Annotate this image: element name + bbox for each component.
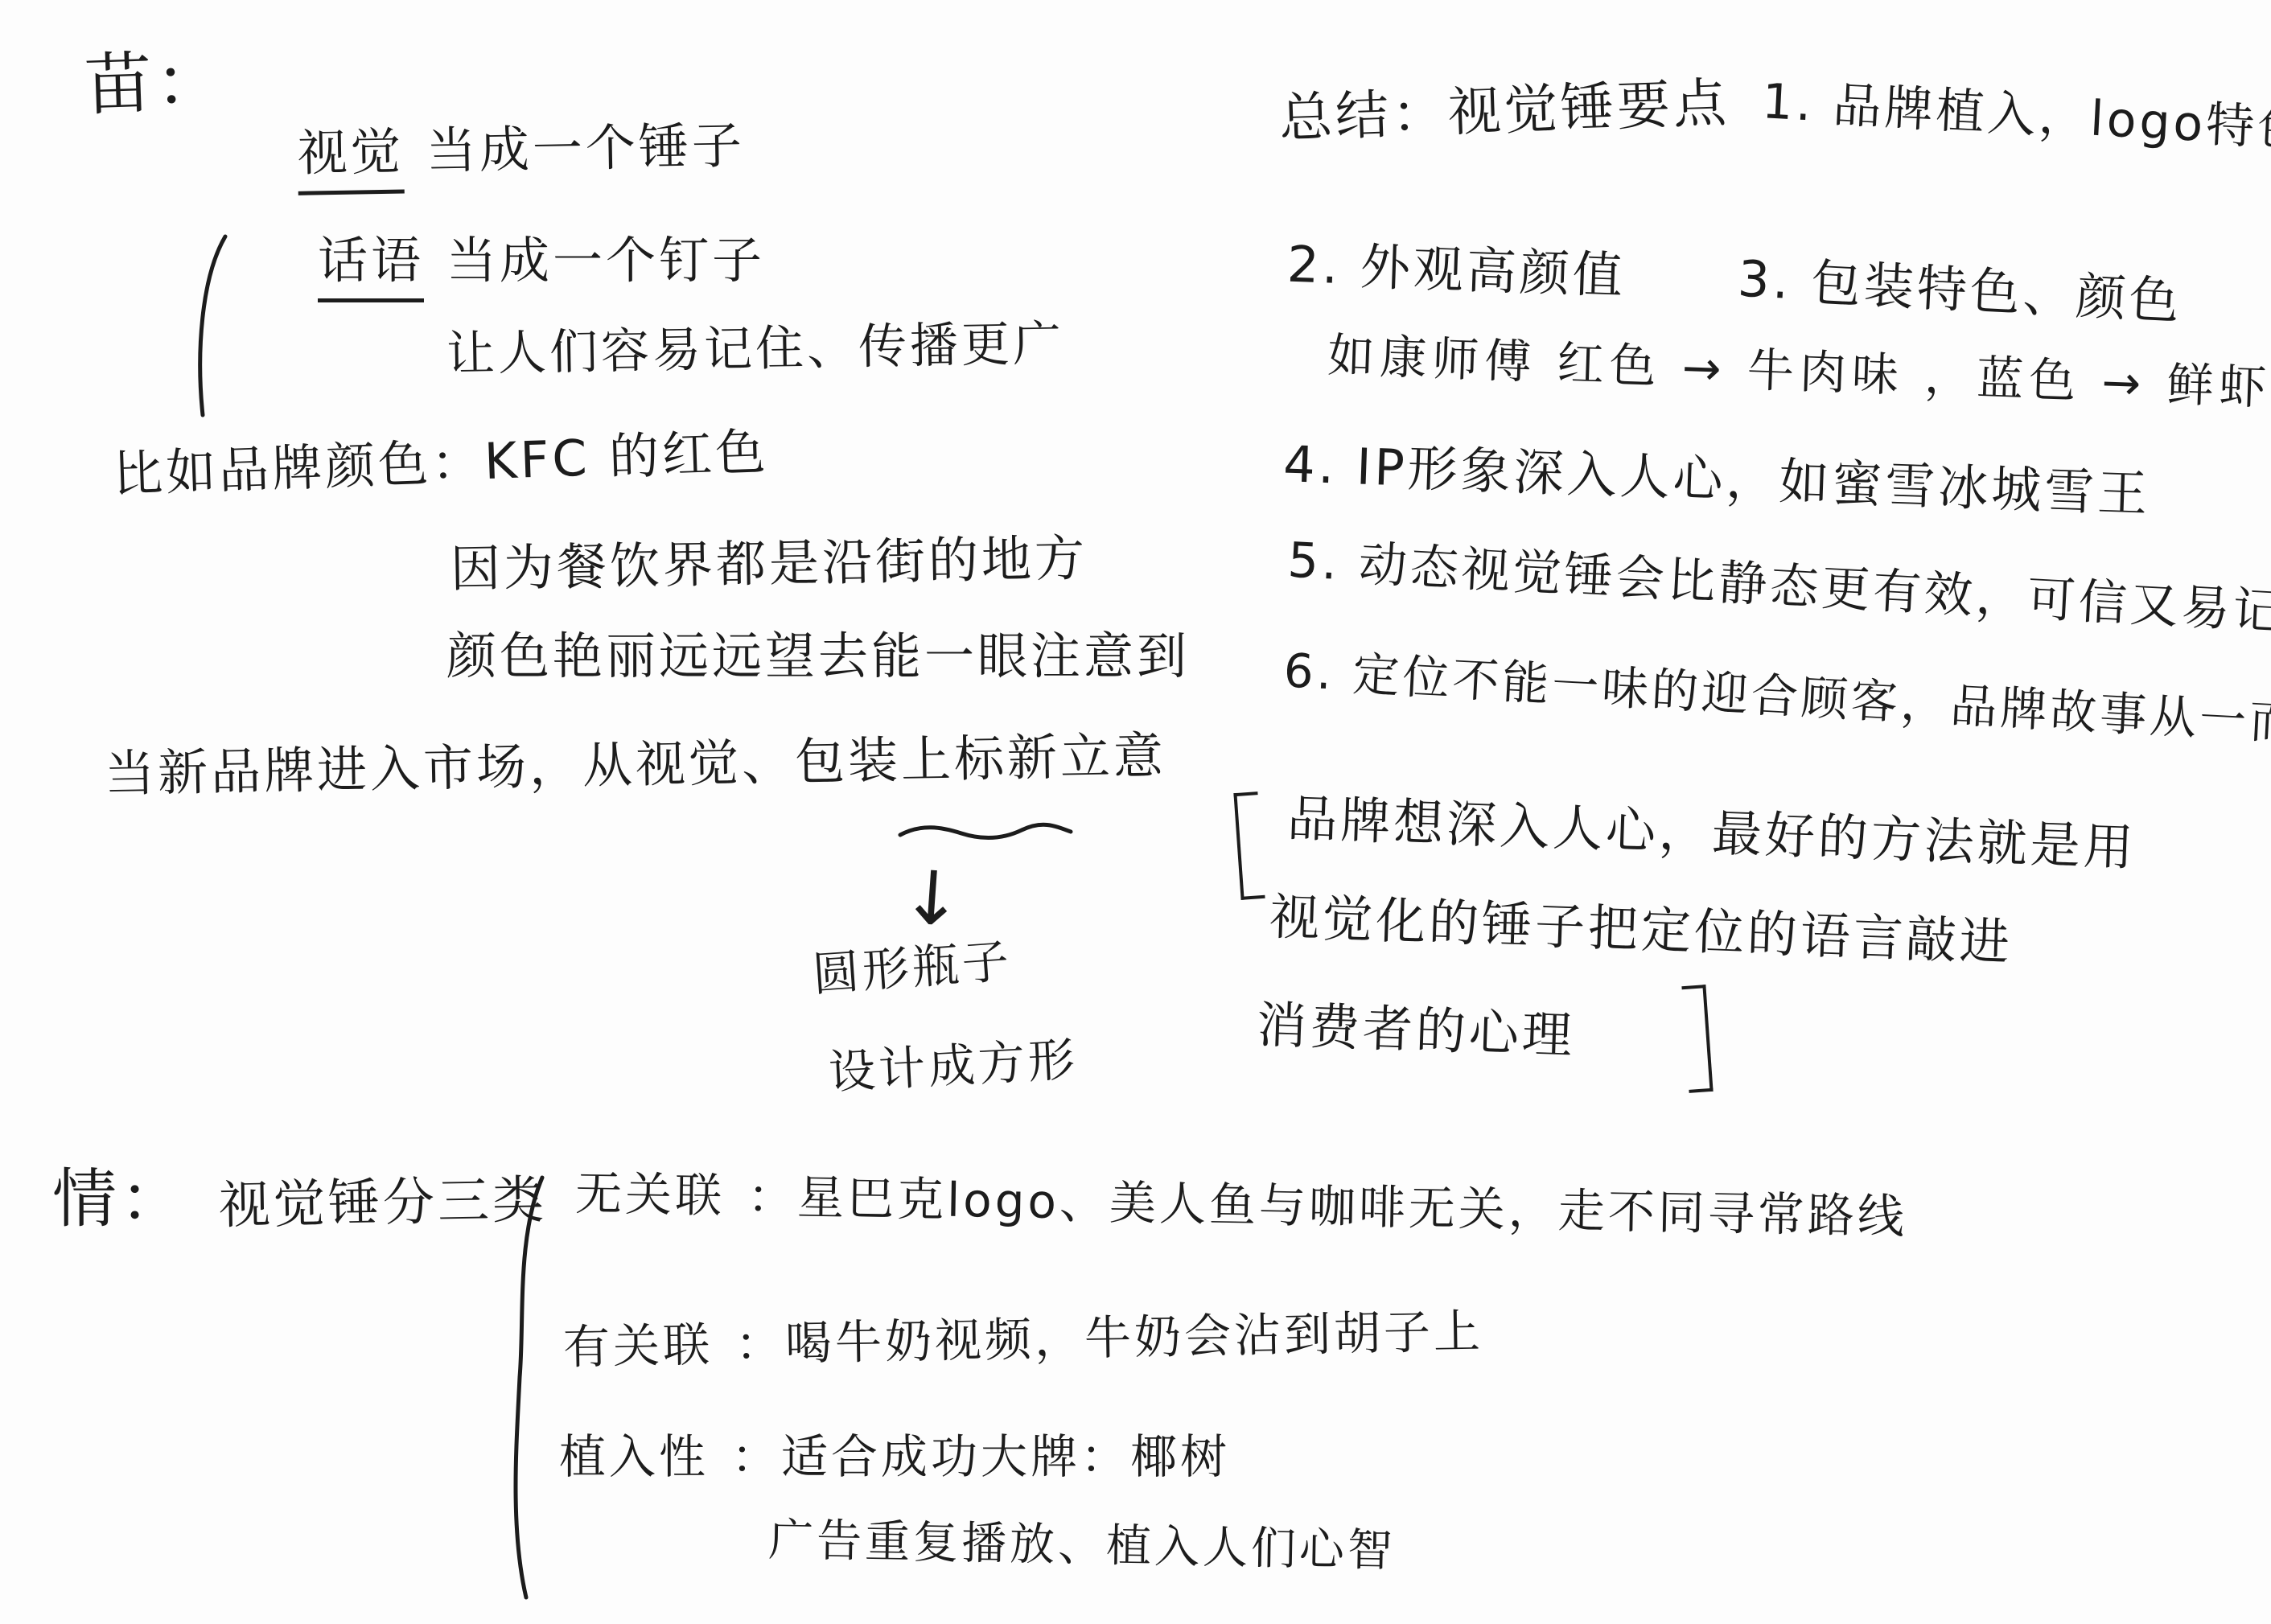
slogan-nail-line: 话语当成一个钉子 xyxy=(318,232,765,302)
branch-implant-text: 适合成功大牌：椰树 xyxy=(781,1429,1230,1484)
street-restaurants-line: 因为餐饮界都是沿街的地方 xyxy=(450,529,1088,598)
branch-unrelated-colon: ： xyxy=(747,1169,798,1224)
down-arrow-icon: ↓ xyxy=(898,854,969,944)
branch-related-text: 喝牛奶视频，牛奶会沾到胡子上 xyxy=(784,1304,1483,1371)
new-brand-line: 当新品牌进入市场，从视觉、包装上标新立意 xyxy=(104,726,1166,802)
bracket-note-line-3: 消费者的心理 xyxy=(1256,996,1576,1064)
round-bottle-line: 圆形瓶子 xyxy=(811,934,1014,1001)
branch-implant-line: 植入性：适合成功大牌：椰树 xyxy=(559,1430,1230,1484)
branch-related-colon: ： xyxy=(734,1316,785,1371)
visual-keyword-underlined: 视觉 xyxy=(297,123,405,196)
point-5-dynamic-hammer: 5. 动态视觉锤会比静态更有效，可信又易记 xyxy=(1286,533,2271,641)
seedling-marker: 苗： xyxy=(83,42,227,125)
point-3-example-kangshifu: 如康师傅 红色 → 牛肉味 ，蓝色 → 鲜虾味 xyxy=(1327,328,2271,417)
point-6-positioning: 6. 定位不能一味的迎合顾客，品牌故事从一而终 xyxy=(1282,643,2271,753)
open-bracket-stroke xyxy=(1233,791,1265,900)
big-brace-stroke xyxy=(507,1174,555,1601)
close-bracket-stroke xyxy=(1681,985,1713,1093)
three-types-intro: 视觉锤分三类 xyxy=(218,1171,547,1236)
branch-unrelated-text: 星巴克logo、美人鱼与咖啡无关，走不同寻常路线 xyxy=(797,1170,1908,1244)
summary-heading: 总结：视觉锤要点 xyxy=(1278,72,1730,149)
point-2-appearance: 2. 外观高颜值 xyxy=(1286,236,1627,305)
left-paren-stroke xyxy=(193,233,232,418)
slogan-nail-rest: 当成一个钉子 xyxy=(446,231,765,290)
kfc-brand-color-line: 比如品牌颜色：KFC 的红色 xyxy=(112,423,769,504)
bracket-note-line-1: 品牌想深入人心，最好的方法就是用 xyxy=(1286,790,2137,877)
branch-implant-extra-line: 广告重复播放、植入人们心智 xyxy=(767,1515,1396,1577)
detail-marker: 情： xyxy=(52,1162,187,1236)
bright-colors-line: 颜色艳丽远远望去能一眼注意到 xyxy=(446,627,1190,685)
visual-hammer-rest: 当成一个锤子 xyxy=(426,116,745,180)
branch-related-line: 有关联：喝牛奶视频，牛奶会沾到胡子上 xyxy=(563,1305,1484,1375)
branch-related-label: 有关联 xyxy=(562,1318,713,1375)
square-design-line: 设计成方形 xyxy=(827,1033,1079,1100)
bracket-note-line-2: 视觉化的锤子把定位的语言敲进 xyxy=(1269,888,2014,972)
wavy-underline-stroke xyxy=(897,820,1074,843)
branch-unrelated-line: 无关联：星巴克logo、美人鱼与咖啡无关，走不同寻常路线 xyxy=(575,1167,1908,1244)
new-brand-emphasis: 立意 xyxy=(1059,726,1166,786)
visual-hammer-line: 视觉当成一个锤子 xyxy=(297,117,745,195)
point-1-brand-logo: 1. 品牌植入，logo特色 xyxy=(1761,74,2271,158)
point-4-ip-mascot: 4. IP形象深入人心，如蜜雪冰城雪王 xyxy=(1282,435,2151,523)
handwritten-notes-page: 苗： 视觉当成一个锤子 话语当成一个钉子 让人们容易记住、传播更广 比如品牌颜色… xyxy=(0,0,2271,1624)
branch-implant-label: 植入性 xyxy=(559,1429,709,1484)
branch-unrelated-label: 无关联 xyxy=(575,1166,726,1223)
new-brand-prefix: 当新品牌进入市场，从视觉、包装上标新 xyxy=(104,728,1060,804)
slogan-keyword-underlined: 话语 xyxy=(318,232,424,302)
memorable-line: 让人们容易记住、传播更广 xyxy=(446,316,1064,382)
branch-implant-colon: ： xyxy=(731,1429,781,1484)
point-3-packaging: 3. 包装特色、颜色 xyxy=(1737,250,2184,331)
